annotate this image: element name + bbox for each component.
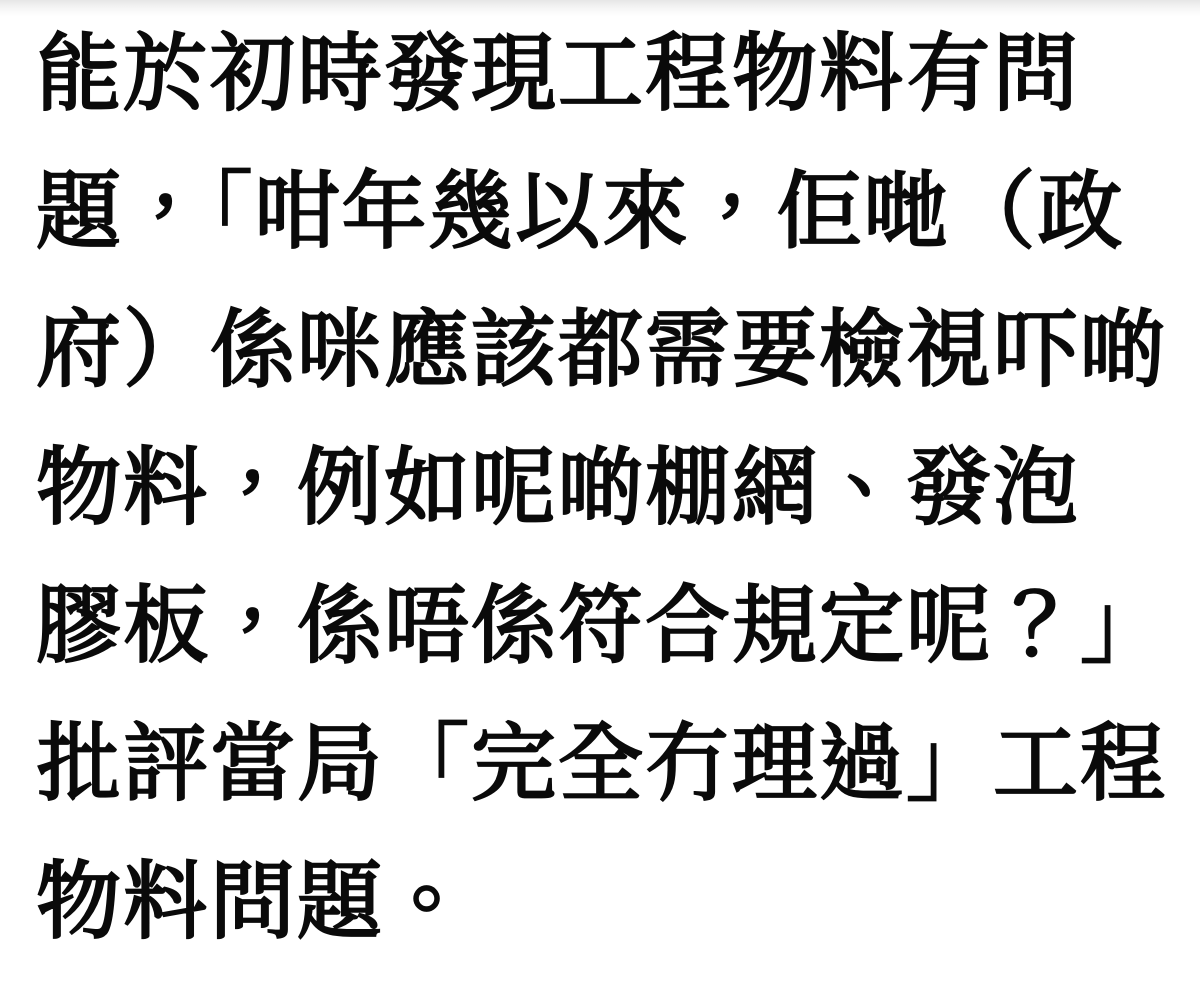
text-line-5: 膠板，係唔係符合規定呢？」: [36, 558, 1190, 696]
text-line-2: 題，「咁年幾以來，佢哋（政: [36, 144, 1190, 282]
text-line-1: 能於初時發現工程物料有問: [36, 6, 1190, 144]
text-line-3: 府）係咪應該都需要檢視吓啲: [36, 282, 1190, 420]
text-line-4: 物料，例如呢啲棚網、發泡: [36, 420, 1190, 558]
article-body-text: 能於初時發現工程物料有問 題，「咁年幾以來，佢哋（政 府）係咪應該都需要檢視吓啲…: [36, 6, 1190, 972]
text-line-6: 批評當局「完全冇理過」工程: [36, 696, 1190, 834]
article-page: 能於初時發現工程物料有問 題，「咁年幾以來，佢哋（政 府）係咪應該都需要檢視吓啲…: [0, 0, 1200, 985]
text-line-7: 物料問題。: [36, 834, 1190, 972]
